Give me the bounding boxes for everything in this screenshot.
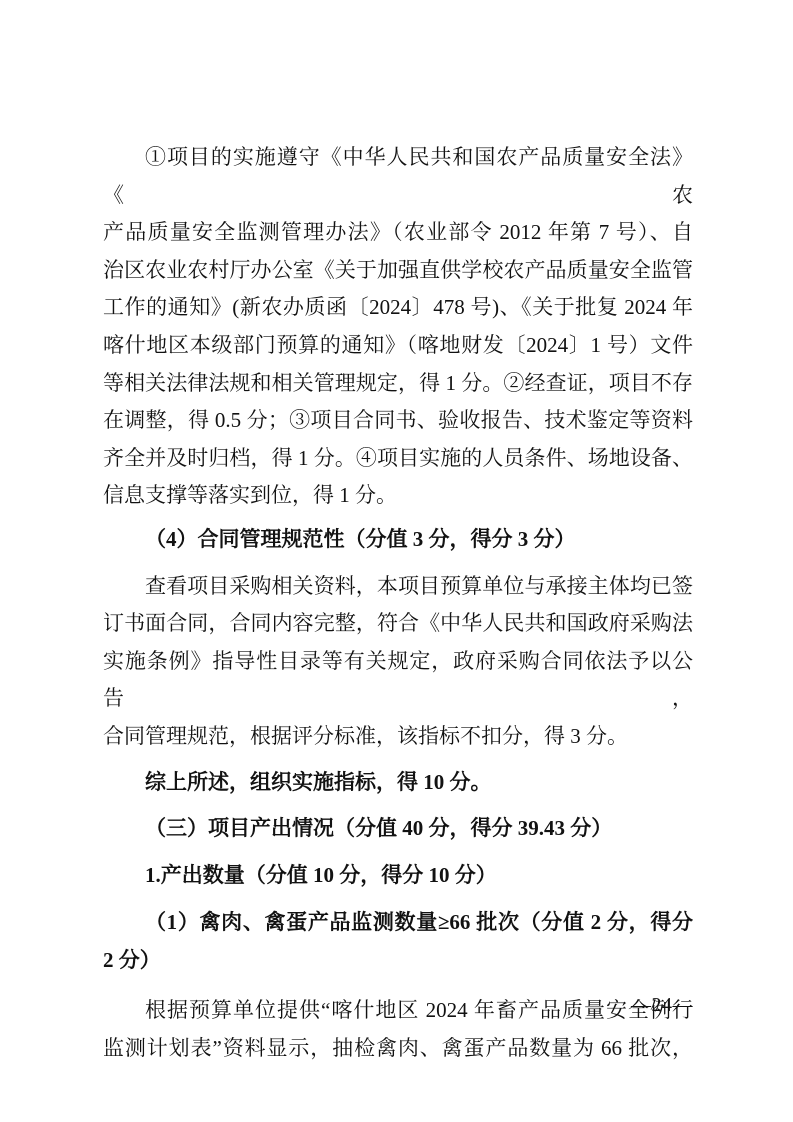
heading-project-output: （三）项目产出情况（分值 40 分，得分 39.43 分） xyxy=(103,810,693,848)
text-line: 喀什地区本级部门预算的通知》（喀地财发〔2024〕1 号）文件 xyxy=(103,327,693,365)
text-line: 2 分） xyxy=(103,942,693,980)
text-line: 工作的通知》(新农办质函〔2024〕478 号)、《关于批复 2024 年 xyxy=(103,289,693,327)
document-body: ①项目的实施遵守《中华人民共和国农产品质量安全法》《农产品质量安全监测管理办法》… xyxy=(103,139,693,1068)
paragraph-monitoring-plan: 根据预算单位提供“喀什地区 2024 年畜产品质量安全例行监测计划表”资料显示，… xyxy=(103,992,693,1067)
text-line: 监测计划表”资料显示，抽检禽肉、禽蛋产品数量为 66 批次， xyxy=(103,1030,693,1068)
text-line: 齐全并及时归档，得 1 分。④项目实施的人员条件、场地设备、 xyxy=(103,440,693,478)
page-number: —24— xyxy=(631,993,693,1017)
text-line: 等相关法律法规和相关管理规定，得 1 分。②经查证，项目不存 xyxy=(103,365,693,403)
text-line: （4）合同管理规范性（分值 3 分，得分 3 分） xyxy=(103,521,693,559)
heading-summary-implementation: 综上所述，组织实施指标，得 10 分。 xyxy=(103,764,693,802)
text-line: （1）禽肉、禽蛋产品监测数量≥66 批次（分值 2 分，得分 xyxy=(103,904,693,942)
paragraph-contract-review: 查看项目采购相关资料，本项目预算单位与承接主体均已签订书面合同，合同内容完整，符… xyxy=(103,568,693,756)
text-line: 信息支撑等落实到位，得 1 分。 xyxy=(103,477,693,515)
text-line: 产品质量安全监测管理办法》（农业部令 2012 年第 7 号）、自 xyxy=(103,214,693,252)
text-line: 查看项目采购相关资料，本项目预算单位与承接主体均已签 xyxy=(103,568,693,606)
text-line: 治区农业农村厅办公室《关于加强直供学校农产品质量安全监管 xyxy=(103,252,693,290)
text-line: （三）项目产出情况（分值 40 分，得分 39.43 分） xyxy=(103,810,693,848)
text-line: 根据预算单位提供“喀什地区 2024 年畜产品质量安全例行 xyxy=(103,992,693,1030)
heading-contract-management: （4）合同管理规范性（分值 3 分，得分 3 分） xyxy=(103,521,693,559)
heading-poultry-monitoring: （1）禽肉、禽蛋产品监测数量≥66 批次（分值 2 分，得分2 分） xyxy=(103,904,693,979)
document-page: ①项目的实施遵守《中华人民共和国农产品质量安全法》《农产品质量安全监测管理办法》… xyxy=(0,0,793,1122)
text-line: 综上所述，组织实施指标，得 10 分。 xyxy=(103,764,693,802)
text-line: 在调整，得 0.5 分；③项目合同书、验收报告、技术鉴定等资料 xyxy=(103,402,693,440)
text-line: 实施条例》指导性目录等有关规定，政府采购合同依法予以公告， xyxy=(103,643,693,718)
text-line: 1.产出数量（分值 10 分，得分 10 分） xyxy=(103,857,693,895)
paragraph-compliance-basis: ①项目的实施遵守《中华人民共和国农产品质量安全法》《农产品质量安全监测管理办法》… xyxy=(103,139,693,515)
text-line: ①项目的实施遵守《中华人民共和国农产品质量安全法》《农 xyxy=(103,139,693,214)
heading-output-quantity: 1.产出数量（分值 10 分，得分 10 分） xyxy=(103,857,693,895)
text-line: 订书面合同，合同内容完整，符合《中华人民共和国政府采购法 xyxy=(103,605,693,643)
text-line: 合同管理规范，根据评分标准，该指标不扣分，得 3 分。 xyxy=(103,718,693,756)
